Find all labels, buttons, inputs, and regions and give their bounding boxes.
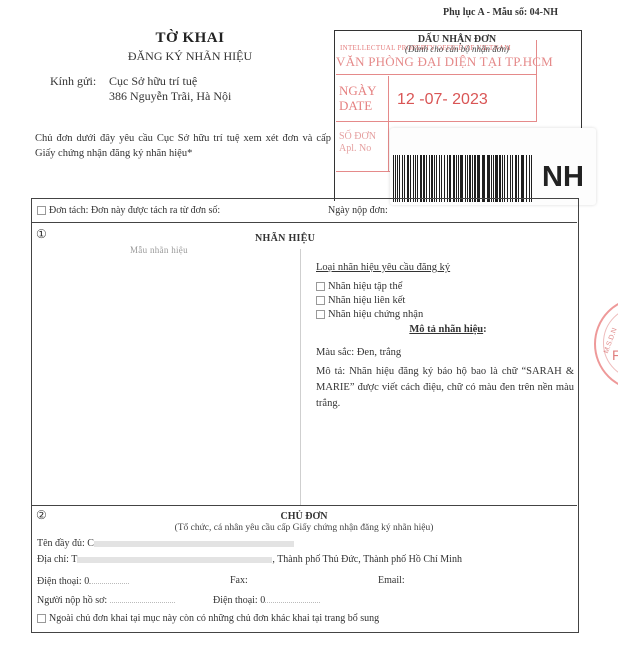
redacted-text	[110, 594, 175, 603]
section-1-number: ①	[36, 227, 47, 242]
seal-letter: F	[612, 347, 618, 363]
trademark-description: Mô tả: Nhãn hiệu đăng ký bảo hộ bao là c…	[316, 364, 574, 412]
type-associated[interactable]: Nhãn hiệu liên kết	[316, 295, 405, 306]
stamp-rule	[336, 171, 396, 172]
trademark-colors: Màu sắc: Đen, trắng	[316, 347, 401, 358]
owner-fax-label: Fax:	[230, 575, 248, 586]
redacted-text	[77, 557, 272, 563]
owner-phone: Điện thoại: 0	[37, 575, 129, 587]
section-2-subtitle: (Tổ chức, cá nhân yêu cầu cấp Giấy chứng…	[31, 523, 577, 533]
barcode-icon	[393, 155, 533, 202]
checkbox[interactable]	[316, 282, 325, 291]
split-application-field[interactable]: Đơn tách: Đơn này được tách ra từ đơn số…	[37, 205, 220, 216]
section-2-divider	[31, 505, 577, 506]
trademark-sample-label: Mẫu nhãn hiệu	[130, 245, 188, 255]
section-1-divider	[300, 249, 301, 505]
barcode-suffix: NH	[542, 161, 584, 194]
redacted-text	[265, 594, 320, 603]
redacted-text	[89, 575, 129, 584]
stamp-divider	[388, 76, 389, 172]
checkbox[interactable]	[316, 310, 325, 319]
form-title: TỜ KHAI	[90, 30, 290, 47]
section-1-title: NHÃN HIỆU	[255, 233, 315, 244]
receipt-note: (Dành cho cán bộ nhận đơn)	[334, 44, 580, 54]
owner-email-label: Email:	[378, 575, 405, 586]
stamp-app-no-label: SỐ ĐƠN Apl. No	[339, 131, 376, 155]
other-owners-checkbox[interactable]	[37, 614, 46, 623]
type-collective[interactable]: Nhãn hiệu tập thể	[316, 281, 402, 292]
filing-date-label: Ngày nộp đơn:	[328, 205, 388, 216]
stamp-branch-line: VĂN PHÒNG ĐẠI DIỆN TẠI TP.HCM	[336, 54, 553, 70]
addressee-label: Kính gửi:	[50, 74, 96, 89]
annex-label: Phụ lục A - Mẫu số: 04-NH	[443, 7, 558, 18]
addressee-name: Cục Sở hữu trí tuệ	[109, 74, 197, 89]
form-frame	[31, 198, 579, 633]
submitter-name: Người nộp hồ sơ:	[37, 594, 175, 606]
stamp-divider	[536, 40, 537, 122]
stamp-rule	[336, 74, 536, 75]
trademark-type-heading: Loại nhãn hiệu yêu cầu đăng ký	[316, 262, 450, 273]
other-owners-field[interactable]: Ngoài chủ đơn khai tại mục này còn có nh…	[37, 613, 379, 624]
addressee-address: 386 Nguyễn Trãi, Hà Nội	[109, 89, 231, 104]
section-2-title: CHỦ ĐƠN	[31, 511, 577, 522]
type-certification[interactable]: Nhãn hiệu chứng nhận	[316, 309, 423, 320]
request-statement: Chủ đơn dưới đây yêu cầu Cục Sở hữu trí …	[35, 131, 331, 161]
stamp-rule	[336, 121, 536, 122]
owner-address: Địa chỉ: T, Thành phố Thủ Đức, Thành phố…	[37, 554, 462, 565]
stamp-date-value: 12 -07- 2023	[397, 91, 488, 109]
redacted-text	[94, 541, 294, 547]
stamp-date-label: NGÀY DATE	[339, 83, 377, 113]
form-subtitle: ĐĂNG KÝ NHÃN HIỆU	[90, 49, 290, 64]
checkbox[interactable]	[316, 296, 325, 305]
split-checkbox[interactable]	[37, 206, 46, 215]
description-heading: Mô tả nhãn hiệu:	[316, 324, 580, 335]
submitter-phone: Điện thoại: 0	[213, 594, 320, 606]
owner-full-name: Tên đầy đủ: C	[37, 538, 294, 549]
